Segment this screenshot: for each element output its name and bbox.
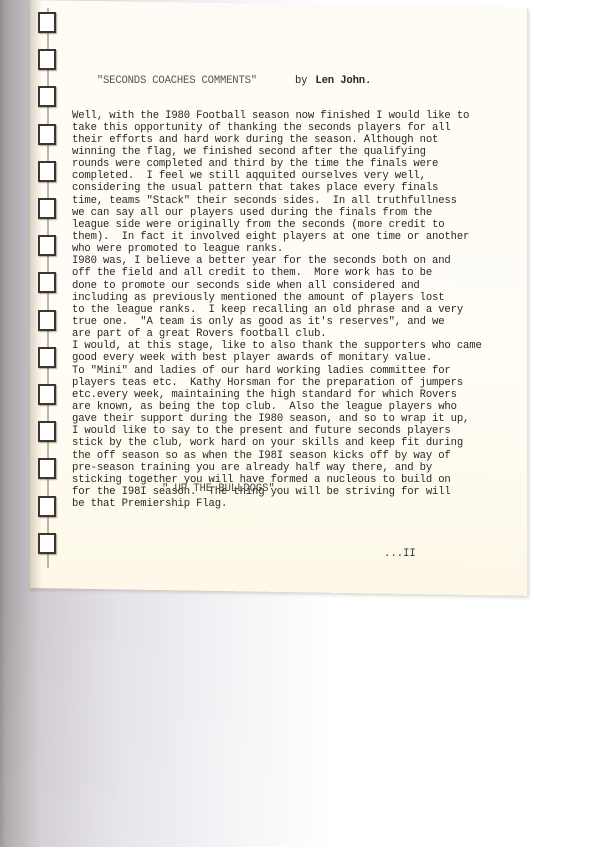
text-line: sticking together you will have formed a…	[72, 474, 532, 486]
text-line: who were promoted to league ranks.	[72, 243, 532, 255]
text-line: players teas etc. Kathy Horsman for the …	[72, 377, 532, 389]
binding-ring-icon	[38, 124, 56, 145]
text-line: rounds were completed and third by the t…	[72, 158, 532, 170]
binding-ring-icon	[38, 533, 56, 554]
text-line: stick by the club, work hard on your ski…	[72, 437, 532, 449]
text-line: true one. "A team is only as good as it'…	[72, 316, 532, 328]
binding-ring-icon	[38, 272, 56, 293]
text-line: are known, as being the top club. Also t…	[72, 401, 532, 413]
text-line: Well, with the I980 Football season now …	[72, 110, 532, 122]
text-line: are part of a great Rovers football club…	[72, 328, 532, 340]
document-title: "SECONDS COACHES COMMENTS"	[97, 75, 257, 87]
text-line: take this opportunity of thanking the se…	[72, 122, 532, 134]
closing-slogan: " UP THE BULLDOGS".	[162, 483, 281, 495]
binding-ring-icon	[38, 421, 56, 442]
page-continuation-marker: ...II	[384, 548, 416, 560]
scanner-background-fade	[0, 600, 616, 847]
author-name: Len John.	[315, 75, 371, 87]
binding-ring-icon	[38, 458, 56, 479]
text-line: league side were originally from the sec…	[72, 219, 532, 231]
binding-ring-icon	[38, 347, 56, 368]
text-line: including as previously mentioned the am…	[72, 292, 532, 304]
body-text: Well, with the I980 Football season now …	[72, 110, 532, 511]
byline-prefix: by	[295, 75, 307, 87]
text-line: I980 was, I believe a better year for th…	[72, 255, 532, 267]
text-line: pre-season training you are already half…	[72, 462, 532, 474]
spiral-binding	[32, 0, 62, 600]
text-line: off the field and all credit to them. Mo…	[72, 267, 532, 279]
text-line: for the I98I season. The thing you will …	[72, 486, 532, 498]
binding-ring-icon	[38, 384, 56, 405]
title-line: "SECONDS COACHES COMMENTS"byLen John.	[72, 57, 532, 75]
binding-ring-icon	[38, 235, 56, 256]
text-line: completed. I feel we still aqquited ours…	[72, 170, 532, 182]
text-line: gave their support during the I980 seaso…	[72, 413, 532, 425]
binding-ring-icon	[38, 310, 56, 331]
text-line: we can say all our players used during t…	[72, 207, 532, 219]
text-line: their efforts and hard work during the s…	[72, 134, 532, 146]
text-line: I would, at this stage, like to also tha…	[72, 340, 532, 352]
text-line: done to promote our seconds side when al…	[72, 280, 532, 292]
binding-ring-icon	[38, 49, 56, 70]
binding-ring-icon	[38, 198, 56, 219]
text-line: good every week with best player awards …	[72, 352, 532, 364]
text-line: the off season so as when the I98I seaso…	[72, 450, 532, 462]
binding-ring-icon	[38, 12, 56, 33]
binding-ring-icon	[38, 161, 56, 182]
text-line: be that Premiership Flag.	[72, 498, 532, 510]
binding-ring-icon	[38, 86, 56, 107]
binding-ring-icon	[38, 496, 56, 517]
text-line: To "Mini" and ladies of our hard working…	[72, 365, 532, 377]
text-line: considering the usual pattern that takes…	[72, 182, 532, 194]
typed-text: "SECONDS COACHES COMMENTS"byLen John. We…	[72, 33, 532, 522]
text-line: I would like to say to the present and f…	[72, 425, 532, 437]
text-line: winning the flag, we finished second aft…	[72, 146, 532, 158]
text-line: to the league ranks. I keep recalling an…	[72, 304, 532, 316]
text-line: etc.every week, maintaining the high sta…	[72, 389, 532, 401]
text-line: time, teams "Stack" their seconds sides.…	[72, 195, 532, 207]
text-line: them). In fact it involved eight players…	[72, 231, 532, 243]
